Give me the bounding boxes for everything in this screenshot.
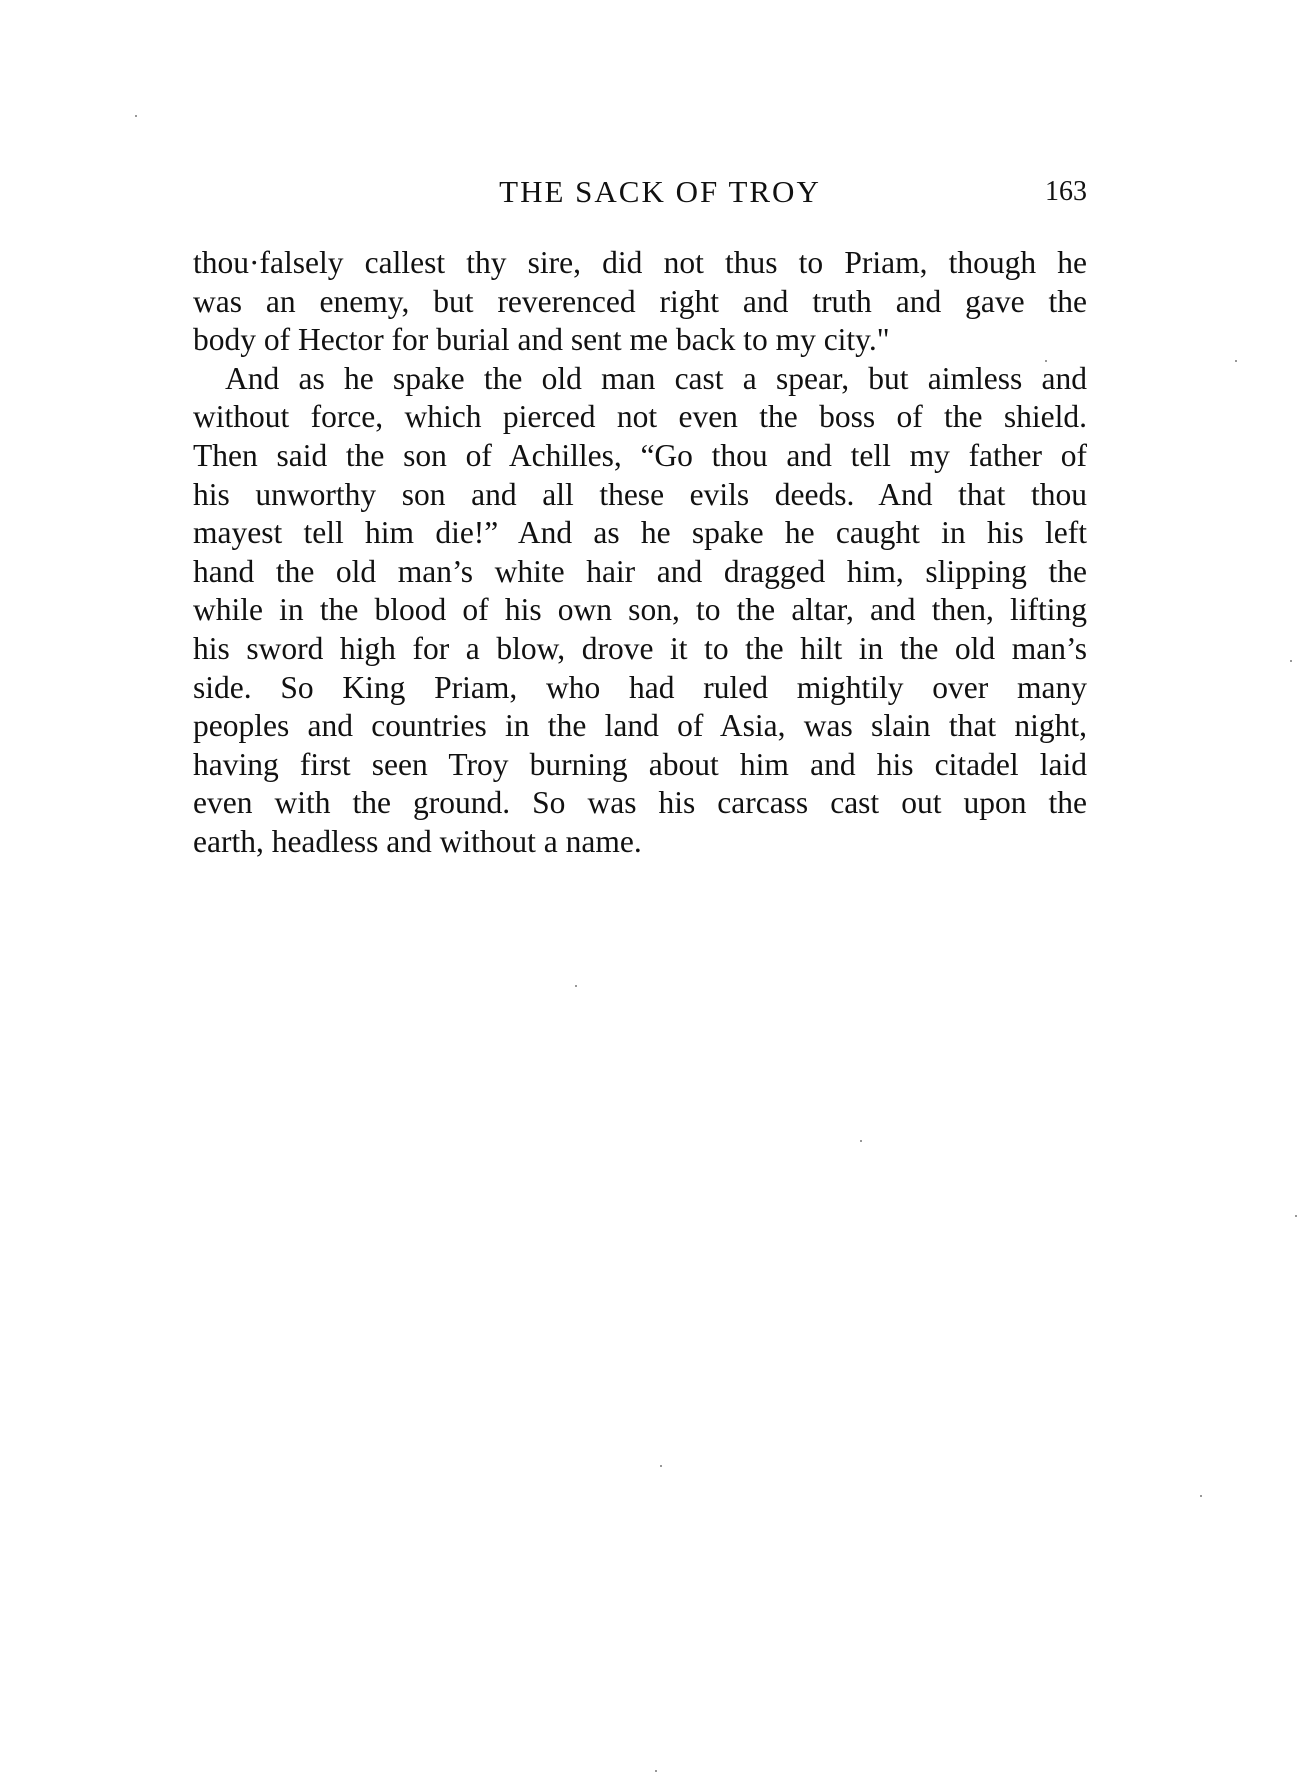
text-line: his sword high for a blow, drove it to t… bbox=[193, 630, 1087, 669]
scan-speck bbox=[135, 115, 137, 117]
body-text: thou·falsely callest thy sire, did not t… bbox=[193, 244, 1087, 862]
text-line: side. So King Priam, who had ruled might… bbox=[193, 669, 1087, 708]
text-line: while in the blood of his own son, to th… bbox=[193, 591, 1087, 630]
scan-speck bbox=[575, 985, 577, 987]
scan-speck bbox=[1045, 360, 1047, 362]
text-line: his unworthy son and all these evils dee… bbox=[193, 476, 1087, 515]
book-page: THE SACK OF TROY 163 thou·falsely calles… bbox=[0, 0, 1300, 1782]
text-line: hand the old man’s white hair and dragge… bbox=[193, 553, 1087, 592]
paragraph-2: And as he spake the old man cast a spear… bbox=[193, 360, 1087, 862]
text-line: thou·falsely callest thy sire, did not t… bbox=[193, 244, 1087, 283]
scan-speck bbox=[660, 1465, 662, 1467]
text-line: body of Hector for burial and sent me ba… bbox=[193, 321, 1087, 360]
text-line: was an enemy, but reverenced right and t… bbox=[193, 283, 1087, 322]
text-line: having first seen Troy burning about him… bbox=[193, 746, 1087, 785]
scan-speck bbox=[1200, 1495, 1202, 1497]
scan-speck bbox=[655, 1770, 657, 1772]
scan-speck bbox=[1235, 360, 1237, 362]
text-line: without force, which pierced not even th… bbox=[193, 398, 1087, 437]
text-line: And as he spake the old man cast a spear… bbox=[193, 360, 1087, 399]
text-line: earth, headless and without a name. bbox=[193, 823, 1087, 862]
text-line: peoples and countries in the land of Asi… bbox=[193, 707, 1087, 746]
text-line: mayest tell him die!” And as he spake he… bbox=[193, 514, 1087, 553]
running-head: THE SACK OF TROY 163 bbox=[193, 172, 1087, 212]
scan-speck bbox=[860, 1140, 862, 1142]
scan-speck bbox=[1295, 1215, 1297, 1217]
text-line: Then said the son of Achilles, “Go thou … bbox=[193, 437, 1087, 476]
paragraph-1: thou·falsely callest thy sire, did not t… bbox=[193, 244, 1087, 360]
scan-speck bbox=[1290, 660, 1292, 662]
page-number: 163 bbox=[1045, 172, 1087, 212]
text-line: even with the ground. So was his carcass… bbox=[193, 784, 1087, 823]
running-title: THE SACK OF TROY bbox=[193, 172, 1087, 212]
